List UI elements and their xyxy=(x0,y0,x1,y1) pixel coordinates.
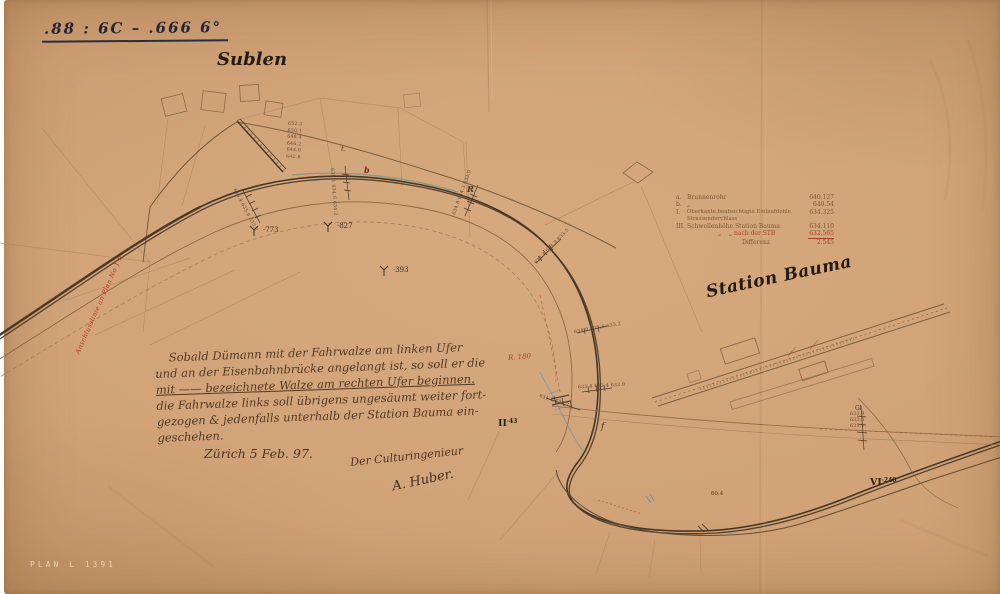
parcel-lines xyxy=(0,98,702,578)
row-label: „ nach der STB xyxy=(729,230,808,238)
row-label: Differenz xyxy=(676,239,808,246)
marker-value: ·240 xyxy=(882,477,897,484)
archive-number: .88 : 6C – .666 6° xyxy=(42,19,228,43)
readings-sublen-column: 652.3 650.1 648.4 646.2 644.0 642.6 xyxy=(286,122,303,162)
row-label: Schwellenhöhe Station Bauma xyxy=(687,223,808,230)
marker-roman: VI xyxy=(870,477,882,488)
plan-linework xyxy=(0,0,1000,594)
row-index: III. xyxy=(676,223,687,230)
table-row: I. Oberkante beabsichtigte Einlaufdohle … xyxy=(676,209,834,224)
main-road xyxy=(0,176,1000,535)
section-marker-vi: VI·240 xyxy=(870,478,896,489)
place-label-sublen: Sublen xyxy=(217,50,287,71)
benchmark-value: ·827 xyxy=(337,222,353,230)
table-row: Differenz 2.545 xyxy=(676,239,834,246)
row-value: 634.110 xyxy=(808,223,834,230)
readings-section: 633.9 633.5 633.1 xyxy=(850,412,865,431)
row-value: 640.54 xyxy=(808,201,834,208)
map-letter-b: b xyxy=(364,166,370,175)
row-value: 632.565 xyxy=(808,230,834,238)
map-letter-f: f xyxy=(601,422,604,432)
row-index: „ xyxy=(676,230,729,238)
map-label-60: 60.4 xyxy=(711,491,723,497)
note-date: Zürich 5 Feb. 97. xyxy=(204,447,313,461)
archive-stamp: PLAN L 1391 xyxy=(30,560,116,569)
handwritten-note: Sobald Dümann mit der Fahrwalze am linke… xyxy=(154,338,493,446)
row-index: a. xyxy=(676,194,687,201)
sublen-spur xyxy=(237,119,286,172)
row-value: 2.545 xyxy=(808,239,834,246)
row-value: 634.325 xyxy=(808,209,834,224)
table-row: III. Schwellenhöhe Station Bauma 634.110 xyxy=(676,223,834,230)
marker-roman: II xyxy=(498,418,507,429)
marker-value: ·43 xyxy=(507,418,517,425)
benchmark-value: ·393 xyxy=(393,266,409,274)
ridge-lines xyxy=(143,122,616,262)
section-marker-ii: II·43 xyxy=(498,419,517,430)
map-letter-t: t. xyxy=(341,145,346,153)
right-road-lines xyxy=(552,406,1000,445)
elevation-table: a. Brunnenrohr 640.127 b. „ 640.54 I. Ob… xyxy=(676,194,834,246)
benchmark-value: ·773 xyxy=(263,226,279,234)
table-row: a. Brunnenrohr 640.127 xyxy=(676,194,834,201)
row-label: Oberkante beabsichtigte Einlaufdohle Str… xyxy=(687,209,808,224)
culvert-ticks xyxy=(551,395,708,532)
diamond-parcel xyxy=(623,162,653,183)
row-label: Brunnenrohr xyxy=(687,194,808,201)
table-row-red: „ „ nach der STB 632.565 xyxy=(676,230,834,238)
scanned-plan-page: .88 : 6C – .666 6° Sublen Station Bauma … xyxy=(0,0,1000,594)
table-row: b. „ 640.54 xyxy=(676,201,834,208)
station-buildings xyxy=(687,338,874,410)
row-label: „ xyxy=(687,201,808,208)
row-index: I. xyxy=(676,209,687,224)
map-letter-r: R xyxy=(467,186,474,196)
field-buildings xyxy=(161,84,653,183)
row-index: b. xyxy=(676,201,687,208)
row-value: 640.127 xyxy=(808,194,834,201)
